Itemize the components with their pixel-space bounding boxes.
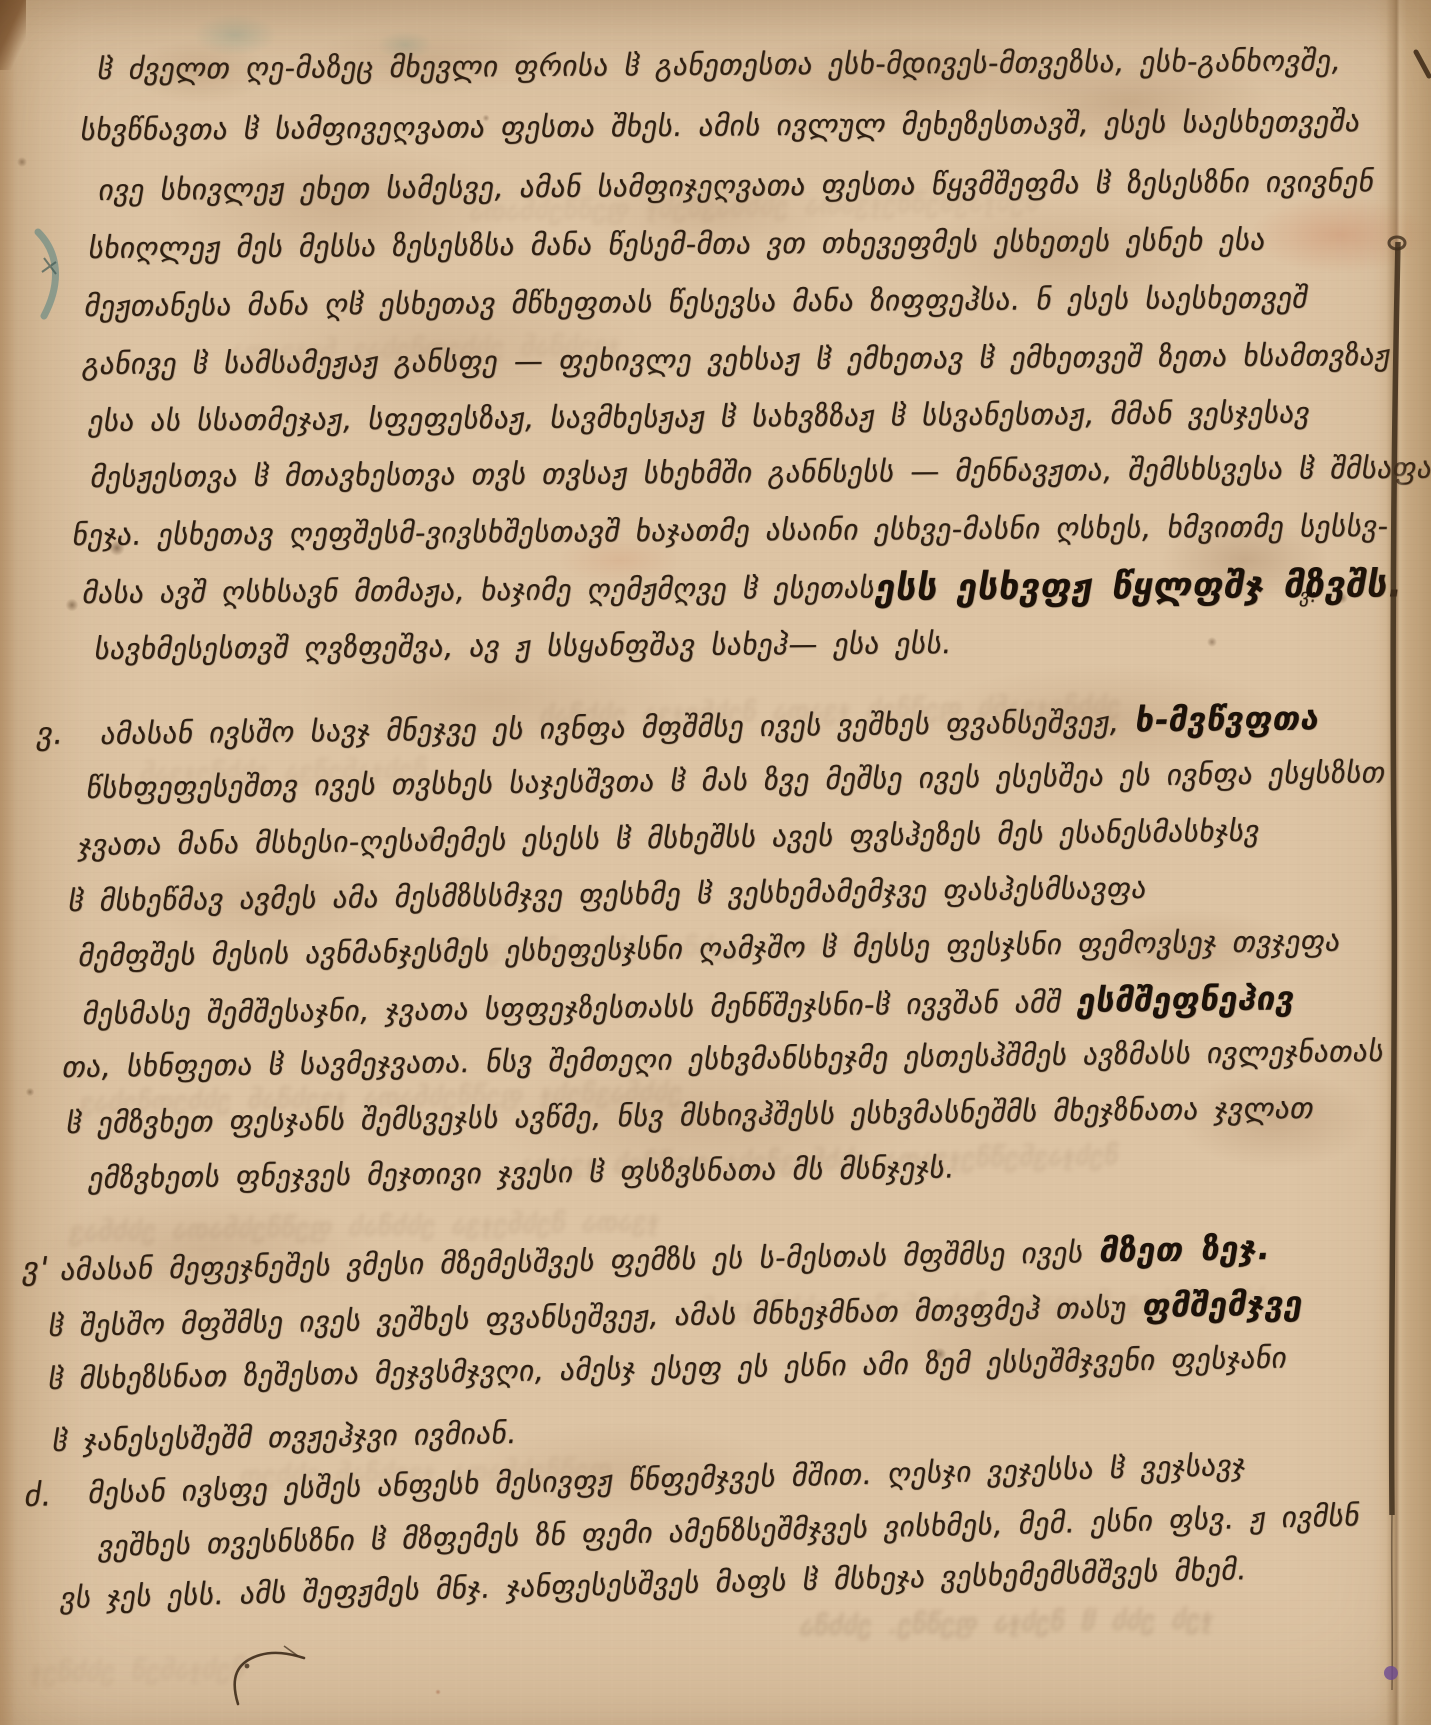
manuscript-line: ემზვხეთს ფნეჯვეს მეჯთივი ჯვესი ჱ ფსზვსნა… — [86, 1150, 958, 1195]
manuscript-line: ვს ჯეს ესს. ამს შეფჟმეს მნჯ. ჯანფესესშვე… — [58, 1552, 1250, 1615]
manuscript-line: ესს ესხვფჟ წყლფშჯ მზვშს. — [872, 562, 1406, 609]
text-run: წსხფეფესეშთვ ივეს თვსხეს საჯესშვთა ჱ მას… — [84, 755, 1389, 805]
text-run: სხვწნავთა ჱ სამფივეღვათა ფესთა შხეს. ამი… — [78, 104, 1364, 147]
text-run: ჱ ჯანესესშეშმ თვჟეჰჯვი ივმიან. — [50, 1416, 520, 1458]
manuscript-line: ესა ას სსათმეჯაჟ, სფეფესზაჟ, სავმხესჟაჟ … — [86, 395, 1313, 438]
torn-corner-shadow — [0, 0, 26, 70]
manuscript-line: განივე ჱ სამსამეჟაჟ განსფე — ფეხივლე ვეხ… — [80, 338, 1394, 381]
manuscript-line: მემფშეს მესის ავნმანჯესმეს ესხეფესჯსნი ღ… — [76, 924, 1344, 973]
text-run: თა, სხნფეთა ჱ სავმეჯვათა. ნსვ შემთეღი ეს… — [60, 1034, 1387, 1084]
manuscript-line: თა, სხნფეთა ჱ სავმეჯვათა. ნსვ შემთეღი ეს… — [60, 1034, 1387, 1084]
text-run: მესჟესთვა ჱ მთავხესთვა თვს თვსაჟ სხეხმში… — [88, 450, 1431, 494]
manuscript-line: სხიღლეჟ მეს მესსა ზესესზსა მანა წესემ-მთ… — [86, 223, 1269, 265]
manuscript-line: ამასან ივსშო სავჯ მნეჯვე ეს ივნფა მფშმსე… — [98, 699, 1323, 752]
text-run: ნეჯა. ესხეთავ ღეფშესმ-ვივსხშესთავშ ხაჯათ… — [70, 509, 1392, 552]
text-run: ჱ შესშო მფშმსე ივეს ვეშხეს ფვანსეშვეჟ, ა… — [46, 1290, 1145, 1343]
text-run: ივე სხივლეჟ ეხეთ სამესვე, ამან სამფიჯეღვ… — [96, 164, 1377, 207]
text-run: ამასან ივსშო სავჯ მნეჯვე ეს ივნფა მფშმსე… — [98, 704, 1138, 751]
paragraph-marker: ვ' — [20, 1251, 51, 1287]
manuscript-line: ჱ ჯანესესშეშმ თვჟეჰჯვი ივმიან. — [50, 1416, 520, 1458]
manuscript-line: ჯვათა მანა მსხესი-ღესამემეს ესესს ჱ მსხე… — [76, 814, 1263, 862]
manuscript-line: ივე სხივლეჟ ეხეთ სამესვე, ამან სამფიჯეღვ… — [96, 164, 1377, 207]
text-run: მესმასე შემშესაჯნი, ჯვათა სფფეჯზესთასს მ… — [80, 985, 1080, 1031]
text-run: ვს ჯეს ესს. ამს შეფჟმეს მნჯ. ჯანფესესშვე… — [58, 1552, 1250, 1615]
text-run: განივე ჱ სამსამეჟაჟ განსფე — ფეხივლე ვეხ… — [80, 338, 1394, 381]
text-run: სხიღლეჟ მეს მესსა ზესესზსა მანა წესემ-მთ… — [86, 223, 1269, 265]
text-run: ჱ ემზვხეთ ფესჯანს შემსვეჯსს ავწმე, ნსვ მ… — [64, 1091, 1317, 1140]
fold-crease — [1386, 0, 1406, 1725]
blue-ink-scribble — [42, 258, 56, 274]
manuscript-line: მესან ივსფე ესშეს ანფესხ მესივფჟ წნფემჯვ… — [86, 1448, 1249, 1510]
text-run: ჯვათა მანა მსხესი-ღესამემეს ესესს ჱ მსხე… — [76, 814, 1263, 862]
manuscript-line: მესჟესთვა ჱ მთავხესთვა თვს თვსაჟ სხეხმში… — [88, 450, 1431, 494]
page-edge-mark — [1416, 52, 1429, 76]
pen-flourish-cross — [284, 1646, 298, 1656]
purple-ink-dot — [1384, 1666, 1398, 1680]
manuscript-line: ჱ ემზვხეთ ფესჯანს შემსვეჯსს ავწმე, ნსვ მ… — [64, 1091, 1317, 1140]
paragraph-marker: ვ. — [34, 716, 67, 752]
text-run: მეჟთანესა მანა ღჱ ესხეთავ მწხეფთას წესევ… — [82, 280, 1311, 323]
text-run: ესა ას სსათმეჯაჟ, სფეფესზაჟ, სავმხესჟაჟ … — [86, 395, 1313, 438]
blue-ink-mark — [38, 232, 55, 316]
emphasized-text-run: ესს ესხვფჟ წყლფშჯ მზვშს. — [872, 562, 1406, 609]
pen-flourish — [235, 1653, 304, 1704]
text-run: მასა ავშ ღსხსავნ მთმაჟა, ხაჯიმე ღემჟმღვე… — [80, 570, 878, 610]
manuscript-line: სხვწნავთა ჱ სამფივეღვათა ფესთა შხეს. ამი… — [78, 104, 1364, 147]
ink-bleedthrough: მესჯანეშ ესხმეჯ — [27, 1654, 247, 1688]
thread-knot — [1389, 237, 1405, 249]
manuscript-page: მესჯავნეშმეჯვათა ესხნავმესჯ ფეშმესნათაჯვ… — [0, 0, 1431, 1725]
text-run: ჱ ძველთ ღე-მაზეც მხევლი ფრისა ჱ განეთესთ… — [95, 43, 1344, 86]
manuscript-line: ჱ შესშო მფშმსე ივეს ვეშხეს ფვანსეშვეჟ, ა… — [46, 1284, 1306, 1344]
paragraph-marker: ძ. — [22, 1477, 55, 1514]
text-run: ჱ მსხეწმავ ავმეს ამა მესმზსსმჯვე ფესხმე … — [66, 871, 1150, 918]
emphasized-text-run: ფმშემჯვე — [1140, 1284, 1306, 1325]
manuscript-line: ჱ მსხეწმავ ავმეს ამა მესმზსსმჯვე ფესხმე … — [66, 871, 1150, 918]
manuscript-line: მესმასე შემშესაჯნი, ჯვათა სფფეჯზესთასს მ… — [80, 979, 1298, 1032]
manuscript-line: ამასან მეფეჯნეშეს ვმესი მზემესშვეს ფემზს… — [58, 1229, 1273, 1288]
emphasized-text-run: მზეთ ზეჯ. — [1097, 1229, 1274, 1270]
manuscript-line: წსხფეფესეშთვ ივეს თვსხეს საჯესშვთა ჱ მას… — [84, 755, 1389, 805]
text-run: ამასან მეფეჯნეშეს ვმესი მზემესშვეს ფემზს… — [58, 1235, 1102, 1287]
manuscript-line: ჱ მსხეზსნათ ზეშესთა მეჯვსმჯვღი, ამესჯ ეს… — [46, 1340, 1290, 1396]
emphasized-text-run: ხ-მვწვფთა — [1132, 699, 1322, 739]
emphasized-text-run: ესმშეფნეჰივ — [1074, 979, 1298, 1020]
text-run: მესან ივსფე ესშეს ანფესხ მესივფჟ წნფემჯვ… — [86, 1448, 1249, 1510]
text-run: ემზვხეთს ფნეჯვეს მეჯთივი ჯვესი ჱ ფსზვსნა… — [86, 1150, 958, 1195]
binding-thread — [1392, 242, 1398, 1515]
manuscript-line: სავხმესესთვშ ღვზფეშვა, ავ ჟ სსყანფშავ სა… — [92, 626, 955, 666]
manuscript-line: მეჟთანესა მანა ღჱ ესხეთავ მწხეფთას წესევ… — [82, 280, 1311, 323]
manuscript-line: ჱ ძველთ ღე-მაზეც მხევლი ფრისა ჱ განეთესთ… — [95, 43, 1344, 86]
pen-flourish-dot — [245, 1664, 250, 1669]
text-run: სავხმესესთვშ ღვზფეშვა, ავ ჟ სსყანფშავ სა… — [92, 626, 955, 666]
binding-thread-tail — [1392, 1515, 1393, 1690]
manuscript-line: მასა ავშ ღსხსავნ მთმაჟა, ხაჯიმე ღემჟმღვე… — [80, 570, 878, 610]
ink-bleedthrough: ჯეს ესს ჱ მესჯა ფეშმე. ესხმა — [797, 1604, 1215, 1641]
text-run: ჱ მსხეზსნათ ზეშესთა მეჯვსმჯვღი, ამესჯ ეს… — [46, 1340, 1290, 1396]
manuscript-line: ნეჯა. ესხეთავ ღეფშესმ-ვივსხშესთავშ ხაჯათ… — [70, 509, 1392, 552]
text-run: მემფშეს მესის ავნმანჯესმეს ესხეფესჯსნი ღ… — [76, 924, 1344, 973]
